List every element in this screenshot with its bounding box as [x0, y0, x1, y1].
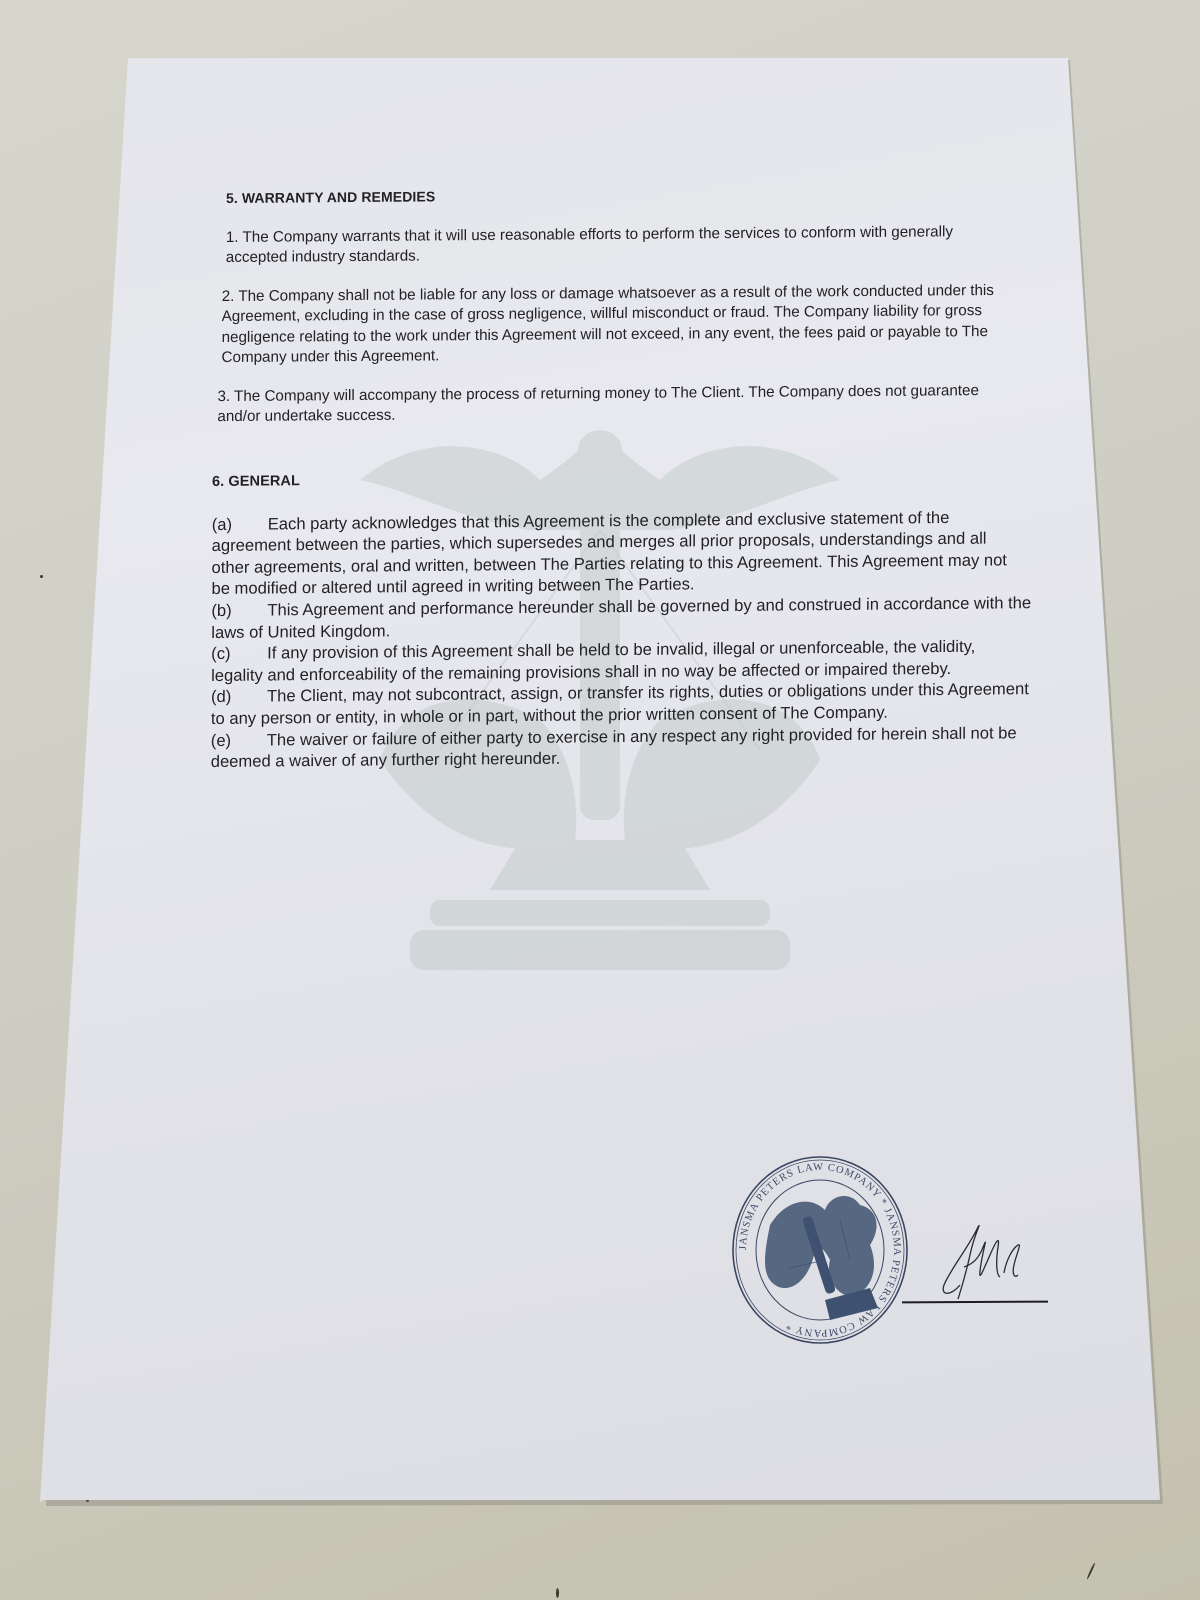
item-label: (a) [212, 513, 268, 535]
clause-2: 2. The Company shall not be liable for a… [222, 280, 1034, 368]
item-label: (e) [211, 729, 267, 751]
section-warranty-and-remedies: 5. WARRANTY AND REMEDIES 1. The Company … [225, 182, 1026, 428]
item-text: The waiver or failure of either party to… [211, 723, 1017, 771]
company-seal-stamp: JANSMA PETERS LAW COMPANY * JANSMA PETER… [730, 1150, 910, 1345]
clause-1: 1. The Company warrants that it will use… [226, 222, 956, 269]
item-text: This Agreement and performance hereunder… [211, 593, 1031, 641]
item-label: (d) [211, 686, 267, 708]
background-speck [40, 575, 43, 578]
item-text: If any provision of this Agreement shall… [211, 637, 975, 685]
scales-of-justice-icon [765, 1196, 878, 1320]
clause-3: 3. The Company will accompany the proces… [217, 381, 987, 428]
general-item-e: (e)The waiver or failure of either party… [211, 721, 1056, 772]
item-label: (b) [211, 599, 267, 621]
background-speck [1086, 1562, 1095, 1579]
item-label: (c) [211, 643, 267, 665]
general-items: (a)Each party acknowledges that this Agr… [211, 506, 1052, 773]
background-speck [556, 1588, 559, 1598]
item-text: Each party acknowledges that this Agreem… [211, 508, 1007, 599]
item-text: The Client, may not subcontract, assign,… [211, 680, 1029, 728]
section-general: 6. GENERAL (a)Each party acknowledges th… [211, 464, 1052, 773]
general-item-a: (a)Each party acknowledges that this Agr… [211, 506, 1019, 600]
handwritten-signature [930, 1215, 1070, 1305]
